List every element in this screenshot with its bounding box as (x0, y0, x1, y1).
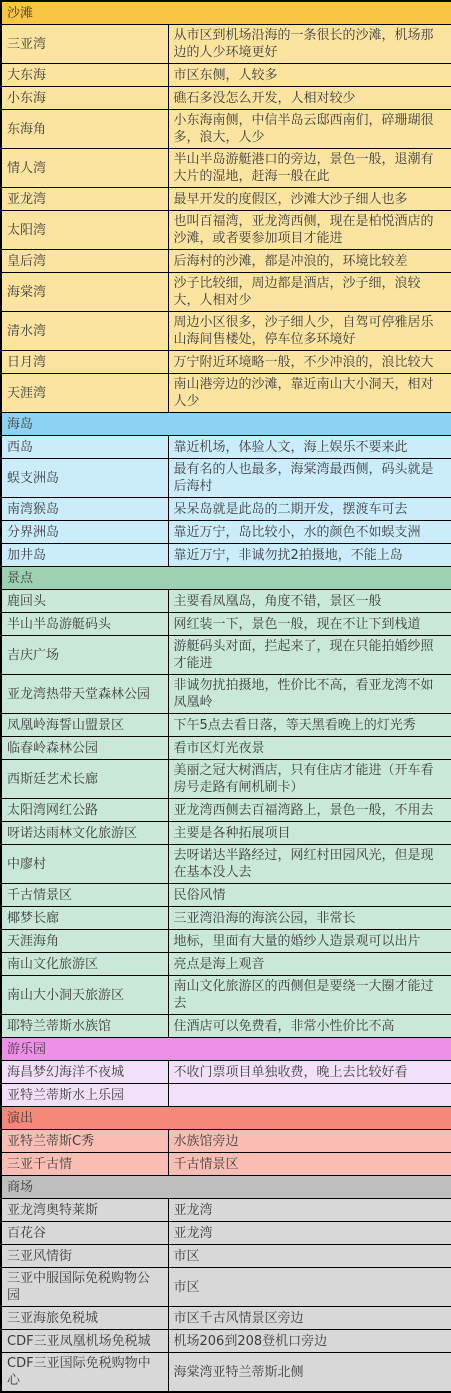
table-row: 清水湾周边小区很多，沙子细人少，自驾可停雅居乐山海间售楼处，停车位多环境好 (1, 312, 451, 351)
place-name-cell: 小东海 (1, 87, 168, 110)
place-description-cell: 靠近万宁，岛比较小，水的颜色不如蜈支洲 (168, 521, 451, 544)
place-name-cell: 海棠湾 (1, 273, 168, 312)
place-description-cell: 亚龙湾 (168, 1199, 451, 1222)
table-row: 鹿回头主要看凤凰岛，角度不错，景区一般 (1, 590, 451, 613)
table-row: 三亚海旅免税城市区千古风情景区旁边 (1, 1307, 451, 1330)
place-description-cell: 网红装一下，景色一般，现在不让下到栈道 (168, 613, 451, 636)
table-row: 凤凰岭海誓山盟景区下午5点去看日落，等天黑看晚上的灯光秀 (1, 714, 451, 737)
place-name-cell: 清水湾 (1, 312, 168, 351)
place-name-cell: 椰梦长廊 (1, 907, 168, 930)
table-row: 三亚中服国际免税购物公园市区 (1, 1268, 451, 1307)
place-name-cell: 三亚千古情 (1, 1153, 168, 1176)
place-description-cell: 看市区灯光夜景 (168, 737, 451, 760)
section-title-attractions: 景点 (1, 567, 451, 590)
place-description-cell: 周边小区很多，沙子细人少，自驾可停雅居乐山海间售楼处，停车位多环境好 (168, 312, 451, 351)
place-name-cell: 吉庆广场 (1, 636, 168, 675)
table-row: 亚龙湾奥特莱斯亚龙湾 (1, 1199, 451, 1222)
table-row: CDF三亚国际免税购物中心海棠湾亚特兰蒂斯北侧 (1, 1353, 451, 1393)
section-title-shows: 演出 (1, 1107, 451, 1130)
place-description-cell: 市区 (168, 1268, 451, 1307)
place-name-cell: 临春岭森林公园 (1, 737, 168, 760)
place-description-cell: 市区东侧，人较多 (168, 64, 451, 87)
place-description-cell: 地标，里面有大量的婚纱人造景观可以出片 (168, 930, 451, 953)
table-row: 椰梦长廊三亚湾沿海的海滨公园，非常长 (1, 907, 451, 930)
table-row: 三亚风情街市区 (1, 1245, 451, 1268)
place-description-cell: 主要看凤凰岛，角度不错，景区一般 (168, 590, 451, 613)
table-row: CDF三亚凤凰机场免税城机场206到208登机口旁边 (1, 1330, 451, 1353)
table-row: 亚特兰蒂斯水上乐园 (1, 1084, 451, 1107)
place-description-cell: 亚龙湾 (168, 1222, 451, 1245)
place-name-cell: 耶特兰蒂斯水族馆 (1, 1015, 168, 1038)
table-row: 小东海礁石多没怎么开发，人相对较少 (1, 87, 451, 110)
place-name-cell: 太阳湾 (1, 211, 168, 250)
sanya-travel-table: 沙滩三亚湾从市区到机场沿海的一条很长的沙滩，机场那边的人少环境更好大东海市区东侧… (0, 0, 451, 1393)
place-name-cell: 南湾猴岛 (1, 498, 168, 521)
place-name-cell: CDF三亚国际免税购物中心 (1, 1353, 168, 1393)
place-description-cell: 南山港旁边的沙滩，靠近南山大小洞天，相对人少 (168, 374, 451, 413)
table-row: 西岛靠近机场，体验人文，海上娱乐不要来此 (1, 436, 451, 459)
place-name-cell: 分界洲岛 (1, 521, 168, 544)
table-row: 百花谷亚龙湾 (1, 1222, 451, 1245)
place-description-cell: 小东海南侧，中信半岛云邸西南们，碎珊瑚很多，浪大，人少 (168, 110, 451, 149)
table-row: 三亚湾从市区到机场沿海的一条很长的沙滩，机场那边的人少环境更好 (1, 25, 451, 64)
section-header-row-beach: 沙滩 (1, 1, 451, 25)
table-row: 亚特兰蒂斯C秀水族馆旁边 (1, 1130, 451, 1153)
table-row: 日月湾万宁附近环境略一般，不少冲浪的，浪比较大 (1, 351, 451, 374)
place-name-cell: 鹿回头 (1, 590, 168, 613)
place-name-cell: 亚特兰蒂斯水上乐园 (1, 1084, 168, 1107)
place-description-cell: 呆呆岛就是此岛的二期开发，摆渡车可去 (168, 498, 451, 521)
table-row: 大东海市区东侧，人较多 (1, 64, 451, 87)
place-name-cell: 蜈支洲岛 (1, 459, 168, 498)
place-name-cell: 三亚湾 (1, 25, 168, 64)
place-description-cell: 住酒店可以免费看，非常小性价比不高 (168, 1015, 451, 1038)
table-row: 南山文化旅游区亮点是海上观音 (1, 953, 451, 976)
place-name-cell: 海昌梦幻海洋不夜城 (1, 1061, 168, 1084)
section-title-malls: 商场 (1, 1176, 451, 1199)
table-row: 临春岭森林公园看市区灯光夜景 (1, 737, 451, 760)
table-row: 太阳湾网红公路亚龙湾西侧去百福湾路上，景色一般，不用去 (1, 799, 451, 822)
section-header-row-attractions: 景点 (1, 567, 451, 590)
place-description-cell: 市区 (168, 1245, 451, 1268)
place-description-cell: 非诚勿扰拍摄地，性价比不高，看亚龙湾不如凤凰岭 (168, 675, 451, 714)
place-name-cell: 太阳湾网红公路 (1, 799, 168, 822)
place-description-cell: 三亚湾沿海的海滨公园，非常长 (168, 907, 451, 930)
table-row: 海棠湾沙子比较细，周边都是酒店，沙子细，浪较大，人相对少 (1, 273, 451, 312)
place-name-cell: 加井岛 (1, 544, 168, 567)
section-header-row-amusement-parks: 游乐园 (1, 1038, 451, 1061)
table-row: 蜈支洲岛最有名的人也最多，海棠湾最西侧，码头就是后海村 (1, 459, 451, 498)
place-description-cell: 也叫百福湾，亚龙湾西侧，现在是柏悦酒店的沙滩，或者要参加项目才能进 (168, 211, 451, 250)
place-name-cell: 亚特兰蒂斯C秀 (1, 1130, 168, 1153)
place-description-cell: 主要是各种拓展项目 (168, 822, 451, 845)
table-row: 加井岛靠近万宁，非诚勿扰2拍摄地，不能上岛 (1, 544, 451, 567)
place-description-cell: 从市区到机场沿海的一条很长的沙滩，机场那边的人少环境更好 (168, 25, 451, 64)
table-row: 分界洲岛靠近万宁，岛比较小，水的颜色不如蜈支洲 (1, 521, 451, 544)
table-row: 亚龙湾最早开发的度假区，沙滩大沙子细人也多 (1, 188, 451, 211)
place-name-cell: CDF三亚凤凰机场免税城 (1, 1330, 168, 1353)
section-header-row-malls: 商场 (1, 1176, 451, 1199)
place-description-cell: 下午5点去看日落，等天黑看晚上的灯光秀 (168, 714, 451, 737)
table-body: 沙滩三亚湾从市区到机场沿海的一条很长的沙滩，机场那边的人少环境更好大东海市区东侧… (1, 1, 451, 1392)
place-description-cell: 海棠湾亚特兰蒂斯北侧 (168, 1353, 451, 1393)
place-name-cell: 大东海 (1, 64, 168, 87)
table-row: 南山大小洞天旅游区南山文化旅游区的西侧但是要绕一大圈才能过去 (1, 976, 451, 1015)
table-row: 情人湾半山半岛游艇港口的旁边，景色一般，退潮有大片的湿地，赶海一般在此 (1, 149, 451, 188)
table-row: 海昌梦幻海洋不夜城不收门票项目单独收费，晚上去比较好看 (1, 1061, 451, 1084)
table-row: 天涯湾南山港旁边的沙滩，靠近南山大小洞天，相对人少 (1, 374, 451, 413)
place-name-cell: 百花谷 (1, 1222, 168, 1245)
table-row: 中廖村去呀诺达半路经过，网红村田园风光，但是现在基本没人去 (1, 845, 451, 884)
place-name-cell: 情人湾 (1, 149, 168, 188)
place-description-cell: 南山文化旅游区的西侧但是要绕一大圈才能过去 (168, 976, 451, 1015)
section-header-row-shows: 演出 (1, 1107, 451, 1130)
section-title-amusement-parks: 游乐园 (1, 1038, 451, 1061)
place-name-cell: 亚龙湾奥特莱斯 (1, 1199, 168, 1222)
place-description-cell: 半山半岛游艇港口的旁边，景色一般，退潮有大片的湿地，赶海一般在此 (168, 149, 451, 188)
place-name-cell: 亚龙湾 (1, 188, 168, 211)
place-description-cell: 游艇码头对面，拦起来了，现在只能拍婚纱照才能进 (168, 636, 451, 675)
place-description-cell: 美丽之冠大树酒店，只有住店才能进（开车看房号走路有闸机刷卡） (168, 760, 451, 799)
place-name-cell: 亚龙湾热带天堂森林公园 (1, 675, 168, 714)
table-row: 半山半岛游艇码头网红装一下，景色一般，现在不让下到栈道 (1, 613, 451, 636)
table-row: 吉庆广场游艇码头对面，拦起来了，现在只能拍婚纱照才能进 (1, 636, 451, 675)
place-name-cell: 西岛 (1, 436, 168, 459)
table-row: 西斯廷艺术长廊美丽之冠大树酒店，只有住店才能进（开车看房号走路有闸机刷卡） (1, 760, 451, 799)
place-description-cell: 亮点是海上观音 (168, 953, 451, 976)
place-name-cell: 凤凰岭海誓山盟景区 (1, 714, 168, 737)
table-row: 呀诺达雨林文化旅游区主要是各种拓展项目 (1, 822, 451, 845)
place-name-cell: 南山大小洞天旅游区 (1, 976, 168, 1015)
table-row: 千古情景区民俗风情 (1, 884, 451, 907)
place-description-cell: 后海村的沙滩，都是冲浪的，环境比较差 (168, 250, 451, 273)
place-name-cell: 三亚中服国际免税购物公园 (1, 1268, 168, 1307)
place-description-cell: 最有名的人也最多，海棠湾最西侧，码头就是后海村 (168, 459, 451, 498)
place-description-cell: 千古情景区 (168, 1153, 451, 1176)
place-description-cell: 民俗风情 (168, 884, 451, 907)
section-title-islands: 海岛 (1, 413, 451, 436)
table-row: 三亚千古情千古情景区 (1, 1153, 451, 1176)
place-name-cell: 日月湾 (1, 351, 168, 374)
table-row: 亚龙湾热带天堂森林公园非诚勿扰拍摄地，性价比不高，看亚龙湾不如凤凰岭 (1, 675, 451, 714)
sanya-travel-guide-page: 沙滩三亚湾从市区到机场沿海的一条很长的沙滩，机场那边的人少环境更好大东海市区东侧… (0, 0, 451, 1393)
section-header-row-islands: 海岛 (1, 413, 451, 436)
table-row: 南湾猴岛呆呆岛就是此岛的二期开发，摆渡车可去 (1, 498, 451, 521)
table-row: 东海角小东海南侧，中信半岛云邸西南们，碎珊瑚很多，浪大，人少 (1, 110, 451, 149)
table-row: 皇后湾后海村的沙滩，都是冲浪的，环境比较差 (1, 250, 451, 273)
place-name-cell: 中廖村 (1, 845, 168, 884)
place-description-cell: 不收门票项目单独收费，晚上去比较好看 (168, 1061, 451, 1084)
place-description-cell: 市区千古风情景区旁边 (168, 1307, 451, 1330)
place-description-cell: 去呀诺达半路经过，网红村田园风光，但是现在基本没人去 (168, 845, 451, 884)
place-name-cell: 半山半岛游艇码头 (1, 613, 168, 636)
place-description-cell: 机场206到208登机口旁边 (168, 1330, 451, 1353)
place-name-cell: 西斯廷艺术长廊 (1, 760, 168, 799)
place-description-cell: 万宁附近环境略一般，不少冲浪的，浪比较大 (168, 351, 451, 374)
place-name-cell: 天涯海角 (1, 930, 168, 953)
place-description-cell: 礁石多没怎么开发，人相对较少 (168, 87, 451, 110)
place-name-cell: 天涯湾 (1, 374, 168, 413)
place-description-cell: 沙子比较细，周边都是酒店，沙子细，浪较大，人相对少 (168, 273, 451, 312)
place-description-cell: 水族馆旁边 (168, 1130, 451, 1153)
section-title-beach: 沙滩 (1, 1, 451, 25)
place-name-cell: 皇后湾 (1, 250, 168, 273)
place-name-cell: 南山文化旅游区 (1, 953, 168, 976)
place-name-cell: 千古情景区 (1, 884, 168, 907)
place-name-cell: 三亚海旅免税城 (1, 1307, 168, 1330)
place-description-cell: 靠近万宁，非诚勿扰2拍摄地，不能上岛 (168, 544, 451, 567)
table-row: 天涯海角地标，里面有大量的婚纱人造景观可以出片 (1, 930, 451, 953)
place-description-cell: 亚龙湾西侧去百福湾路上，景色一般，不用去 (168, 799, 451, 822)
place-description-cell (168, 1084, 451, 1107)
place-description-cell: 靠近机场，体验人文，海上娱乐不要来此 (168, 436, 451, 459)
place-description-cell: 最早开发的度假区，沙滩大沙子细人也多 (168, 188, 451, 211)
table-row: 太阳湾也叫百福湾，亚龙湾西侧，现在是柏悦酒店的沙滩，或者要参加项目才能进 (1, 211, 451, 250)
place-name-cell: 呀诺达雨林文化旅游区 (1, 822, 168, 845)
table-row: 耶特兰蒂斯水族馆住酒店可以免费看，非常小性价比不高 (1, 1015, 451, 1038)
place-name-cell: 东海角 (1, 110, 168, 149)
place-name-cell: 三亚风情街 (1, 1245, 168, 1268)
